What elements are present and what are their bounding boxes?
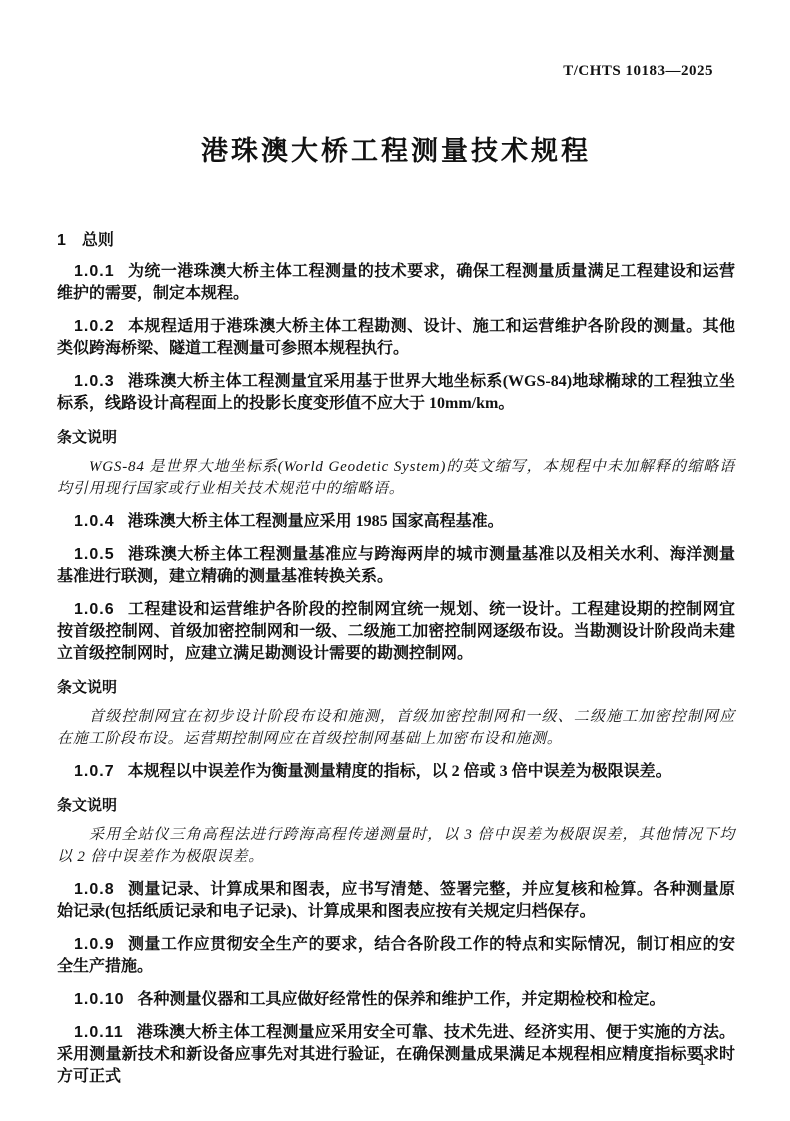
- clause-number: 1.0.9: [74, 936, 115, 953]
- note-heading: 条文说明: [57, 679, 735, 697]
- note-text: 首级控制网宜在初步设计阶段布设和施测，首级加密控制网和一级、二级施工加密控制网应…: [57, 706, 735, 750]
- clause-text: 工程建设和运营维护各阶段的控制网宜统一规划、统一设计。工程建设期的控制网宜按首级…: [57, 601, 735, 662]
- clause-text: 为统一港珠澳大桥主体工程测量的技术要求，确保工程测量质量满足工程建设和运营维护的…: [57, 263, 735, 302]
- clause-paragraph: 1.0.5港珠澳大桥主体工程测量基准应与跨海两岸的城市测量基准以及相关水利、海洋…: [57, 544, 735, 588]
- clause-text: 港珠澳大桥主体工程测量基准应与跨海两岸的城市测量基准以及相关水利、海洋测量基准进…: [57, 546, 735, 585]
- clause-number: 1.0.2: [74, 318, 115, 335]
- clause-number: 1.0.10: [74, 991, 124, 1008]
- standard-code: T/CHTS 10183—2025: [57, 62, 735, 80]
- clause-paragraph: 1.0.1为统一港珠澳大桥主体工程测量的技术要求，确保工程测量质量满足工程建设和…: [57, 261, 735, 305]
- clause-text: 各种测量仪器和工具应做好经常性的保养和维护工作，并定期检校和检定。: [137, 991, 665, 1008]
- note-text: WGS-84 是世界大地坐标系(World Geodetic System)的英…: [57, 456, 735, 500]
- clause-paragraph: 1.0.11港珠澳大桥主体工程测量应采用安全可靠、技术先进、经济实用、便于实施的…: [57, 1022, 735, 1088]
- clause-paragraph: 1.0.7本规程以中误差作为衡量测量精度的指标，以 2 倍或 3 倍中误差为极限…: [57, 761, 735, 783]
- clause-number: 1.0.4: [74, 513, 115, 530]
- clause-paragraph: 1.0.3港珠澳大桥主体工程测量宜采用基于世界大地坐标系(WGS-84)地球椭球…: [57, 371, 735, 415]
- content: 1.0.1为统一港珠澳大桥主体工程测量的技术要求，确保工程测量质量满足工程建设和…: [57, 261, 735, 1088]
- clause-text: 港珠澳大桥主体工程测量应采用安全可靠、技术先进、经济实用、便于实施的方法。采用测…: [57, 1024, 735, 1085]
- note-heading: 条文说明: [57, 797, 735, 815]
- clause-text: 港珠澳大桥主体工程测量宜采用基于世界大地坐标系(WGS-84)地球椭球的工程独立…: [57, 373, 735, 412]
- note-heading: 条文说明: [57, 429, 735, 447]
- document-page: T/CHTS 10183—2025 港珠澳大桥工程测量技术规程 1 总则 1.0…: [0, 0, 790, 1121]
- clause-text: 测量记录、计算成果和图表，应书写清楚、签署完整，并应复核和检算。各种测量原始记录…: [57, 881, 735, 920]
- clause-paragraph: 1.0.4港珠澳大桥主体工程测量应采用 1985 国家高程基准。: [57, 511, 735, 533]
- clause-number: 1.0.8: [74, 881, 115, 898]
- clause-number: 1.0.5: [74, 546, 115, 563]
- clause-number: 1.0.1: [74, 263, 115, 280]
- document-title: 港珠澳大桥工程测量技术规程: [57, 136, 735, 166]
- section-heading: 1 总则: [57, 232, 735, 250]
- clause-number: 1.0.3: [74, 373, 115, 390]
- clause-paragraph: 1.0.10各种测量仪器和工具应做好经常性的保养和维护工作，并定期检校和检定。: [57, 989, 735, 1011]
- clause-number: 1.0.6: [74, 601, 115, 618]
- clause-text: 本规程以中误差作为衡量测量精度的指标，以 2 倍或 3 倍中误差为极限误差。: [128, 763, 672, 780]
- page-number: 1: [698, 1053, 706, 1069]
- clause-paragraph: 1.0.9测量工作应贯彻安全生产的要求，结合各阶段工作的特点和实际情况，制订相应…: [57, 934, 735, 978]
- clause-text: 测量工作应贯彻安全生产的要求，结合各阶段工作的特点和实际情况，制订相应的安全生产…: [57, 936, 735, 975]
- clause-number: 1.0.11: [74, 1024, 124, 1041]
- clause-paragraph: 1.0.8测量记录、计算成果和图表，应书写清楚、签署完整，并应复核和检算。各种测…: [57, 879, 735, 923]
- clause-text: 本规程适用于港珠澳大桥主体工程勘测、设计、施工和运营维护各阶段的测量。其他类似跨…: [57, 318, 735, 357]
- clause-text: 港珠澳大桥主体工程测量应采用 1985 国家高程基准。: [128, 513, 504, 530]
- clause-paragraph: 1.0.6工程建设和运营维护各阶段的控制网宜统一规划、统一设计。工程建设期的控制…: [57, 599, 735, 665]
- clause-number: 1.0.7: [74, 763, 115, 780]
- clause-paragraph: 1.0.2本规程适用于港珠澳大桥主体工程勘测、设计、施工和运营维护各阶段的测量。…: [57, 316, 735, 360]
- note-text: 采用全站仪三角高程法进行跨海高程传递测量时，以 3 倍中误差为极限误差，其他情况…: [57, 824, 735, 868]
